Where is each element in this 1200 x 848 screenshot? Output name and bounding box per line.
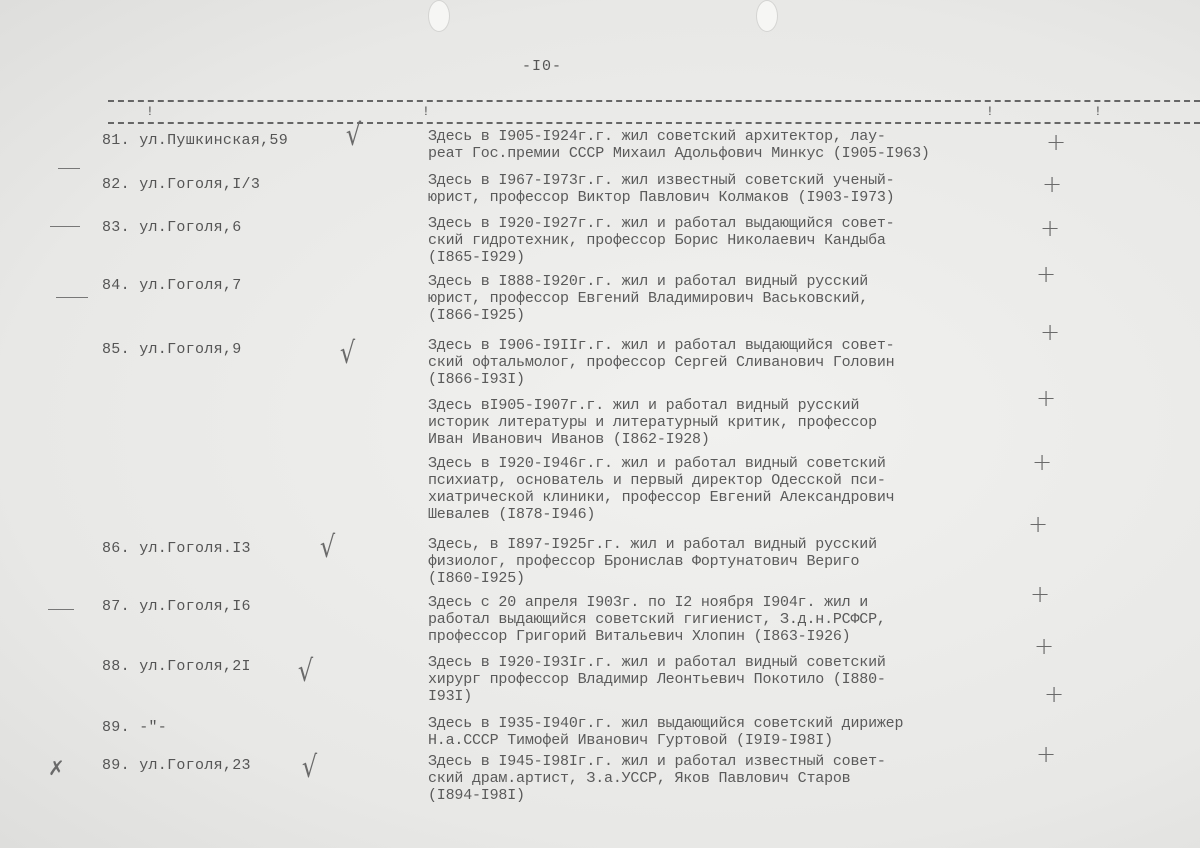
plus-mark-icon: + — [1040, 214, 1060, 242]
plus-mark-icon: + — [1036, 260, 1056, 288]
entry-description: Здесь в I935-I940г.г. жил выдающийся сов… — [428, 715, 903, 749]
entry-description: Здесь, в I897-I925г.г. жил и работал вид… — [428, 536, 877, 587]
plus-mark-icon: + — [1028, 510, 1048, 538]
checkmark-icon: √ — [302, 750, 317, 785]
checkmark-icon: √ — [340, 336, 355, 371]
plus-mark-icon: + — [1036, 384, 1056, 412]
entry-description: Здесь с 20 апреля I903г. по I2 ноября I9… — [428, 594, 886, 645]
entry-description: Здесь вI905-I907г.г. жил и работал видны… — [428, 397, 877, 448]
plus-mark-icon: + — [1030, 580, 1050, 608]
plus-mark-icon: + — [1036, 740, 1056, 768]
column-separator: ! — [146, 104, 154, 119]
margin-dash-mark — [58, 168, 80, 169]
checkmark-icon: √ — [320, 530, 335, 565]
table-rule-header — [108, 122, 1200, 124]
checkmark-icon: √ — [298, 654, 313, 689]
entry-address: 82. ул.Гоголя,I/3 — [102, 176, 260, 193]
entry-address: 89. ул.Гоголя,23 — [102, 757, 251, 774]
checkmark-icon: √ — [346, 118, 361, 153]
margin-dash-mark — [50, 226, 80, 227]
entry-address: 85. ул.Гоголя,9 — [102, 341, 242, 358]
entry-address: 86. ул.Гоголя.I3 — [102, 540, 251, 557]
entry-description: Здесь в I906-I9IIг.г. жил и работал выда… — [428, 337, 894, 388]
column-separator: ! — [1094, 104, 1102, 119]
entry-description: Здесь в I920-I93Iг.г. жил и работал видн… — [428, 654, 886, 705]
page-number: -I0- — [522, 58, 562, 75]
entry-address: 83. ул.Гоголя,6 — [102, 219, 242, 236]
entry-description: Здесь в I920-I927г.г. жил и работал выда… — [428, 215, 894, 266]
plus-mark-icon: + — [1040, 318, 1060, 346]
entry-description: Здесь в I905-I924г.г. жил советский архи… — [428, 128, 930, 162]
entry-address: 84. ул.Гоголя,7 — [102, 277, 242, 294]
plus-mark-icon: + — [1032, 448, 1052, 476]
plus-mark-icon: + — [1042, 170, 1062, 198]
entry-description: Здесь в I888-I920г.г. жил и работал видн… — [428, 273, 868, 324]
plus-mark-icon: + — [1034, 632, 1054, 660]
plus-mark-icon: + — [1044, 680, 1064, 708]
scribble-mark-icon: ✗ — [48, 756, 65, 780]
entry-description: Здесь в I945-I98Iг.г. жил и работал изве… — [428, 753, 886, 804]
entry-description: Здесь в I967-I973г.г. жил известный сове… — [428, 172, 894, 206]
table-rule-top — [108, 100, 1200, 102]
column-separator: ! — [422, 104, 430, 119]
document-page: -I0- ! ! ! ! 81. ул.Пушкинская,59Здесь в… — [0, 0, 1200, 848]
punch-hole — [756, 0, 778, 32]
entry-address: 88. ул.Гоголя,2I — [102, 658, 251, 675]
margin-dash-mark — [56, 297, 88, 298]
margin-dash-mark — [48, 609, 74, 610]
punch-hole — [428, 0, 450, 32]
entry-address: 89. -"- — [102, 719, 167, 736]
entry-description: Здесь в I920-I946г.г. жил и работал видн… — [428, 455, 894, 523]
column-separator: ! — [986, 104, 994, 119]
entry-address: 87. ул.Гоголя,I6 — [102, 598, 251, 615]
plus-mark-icon: + — [1046, 128, 1066, 156]
entry-address: 81. ул.Пушкинская,59 — [102, 132, 288, 149]
